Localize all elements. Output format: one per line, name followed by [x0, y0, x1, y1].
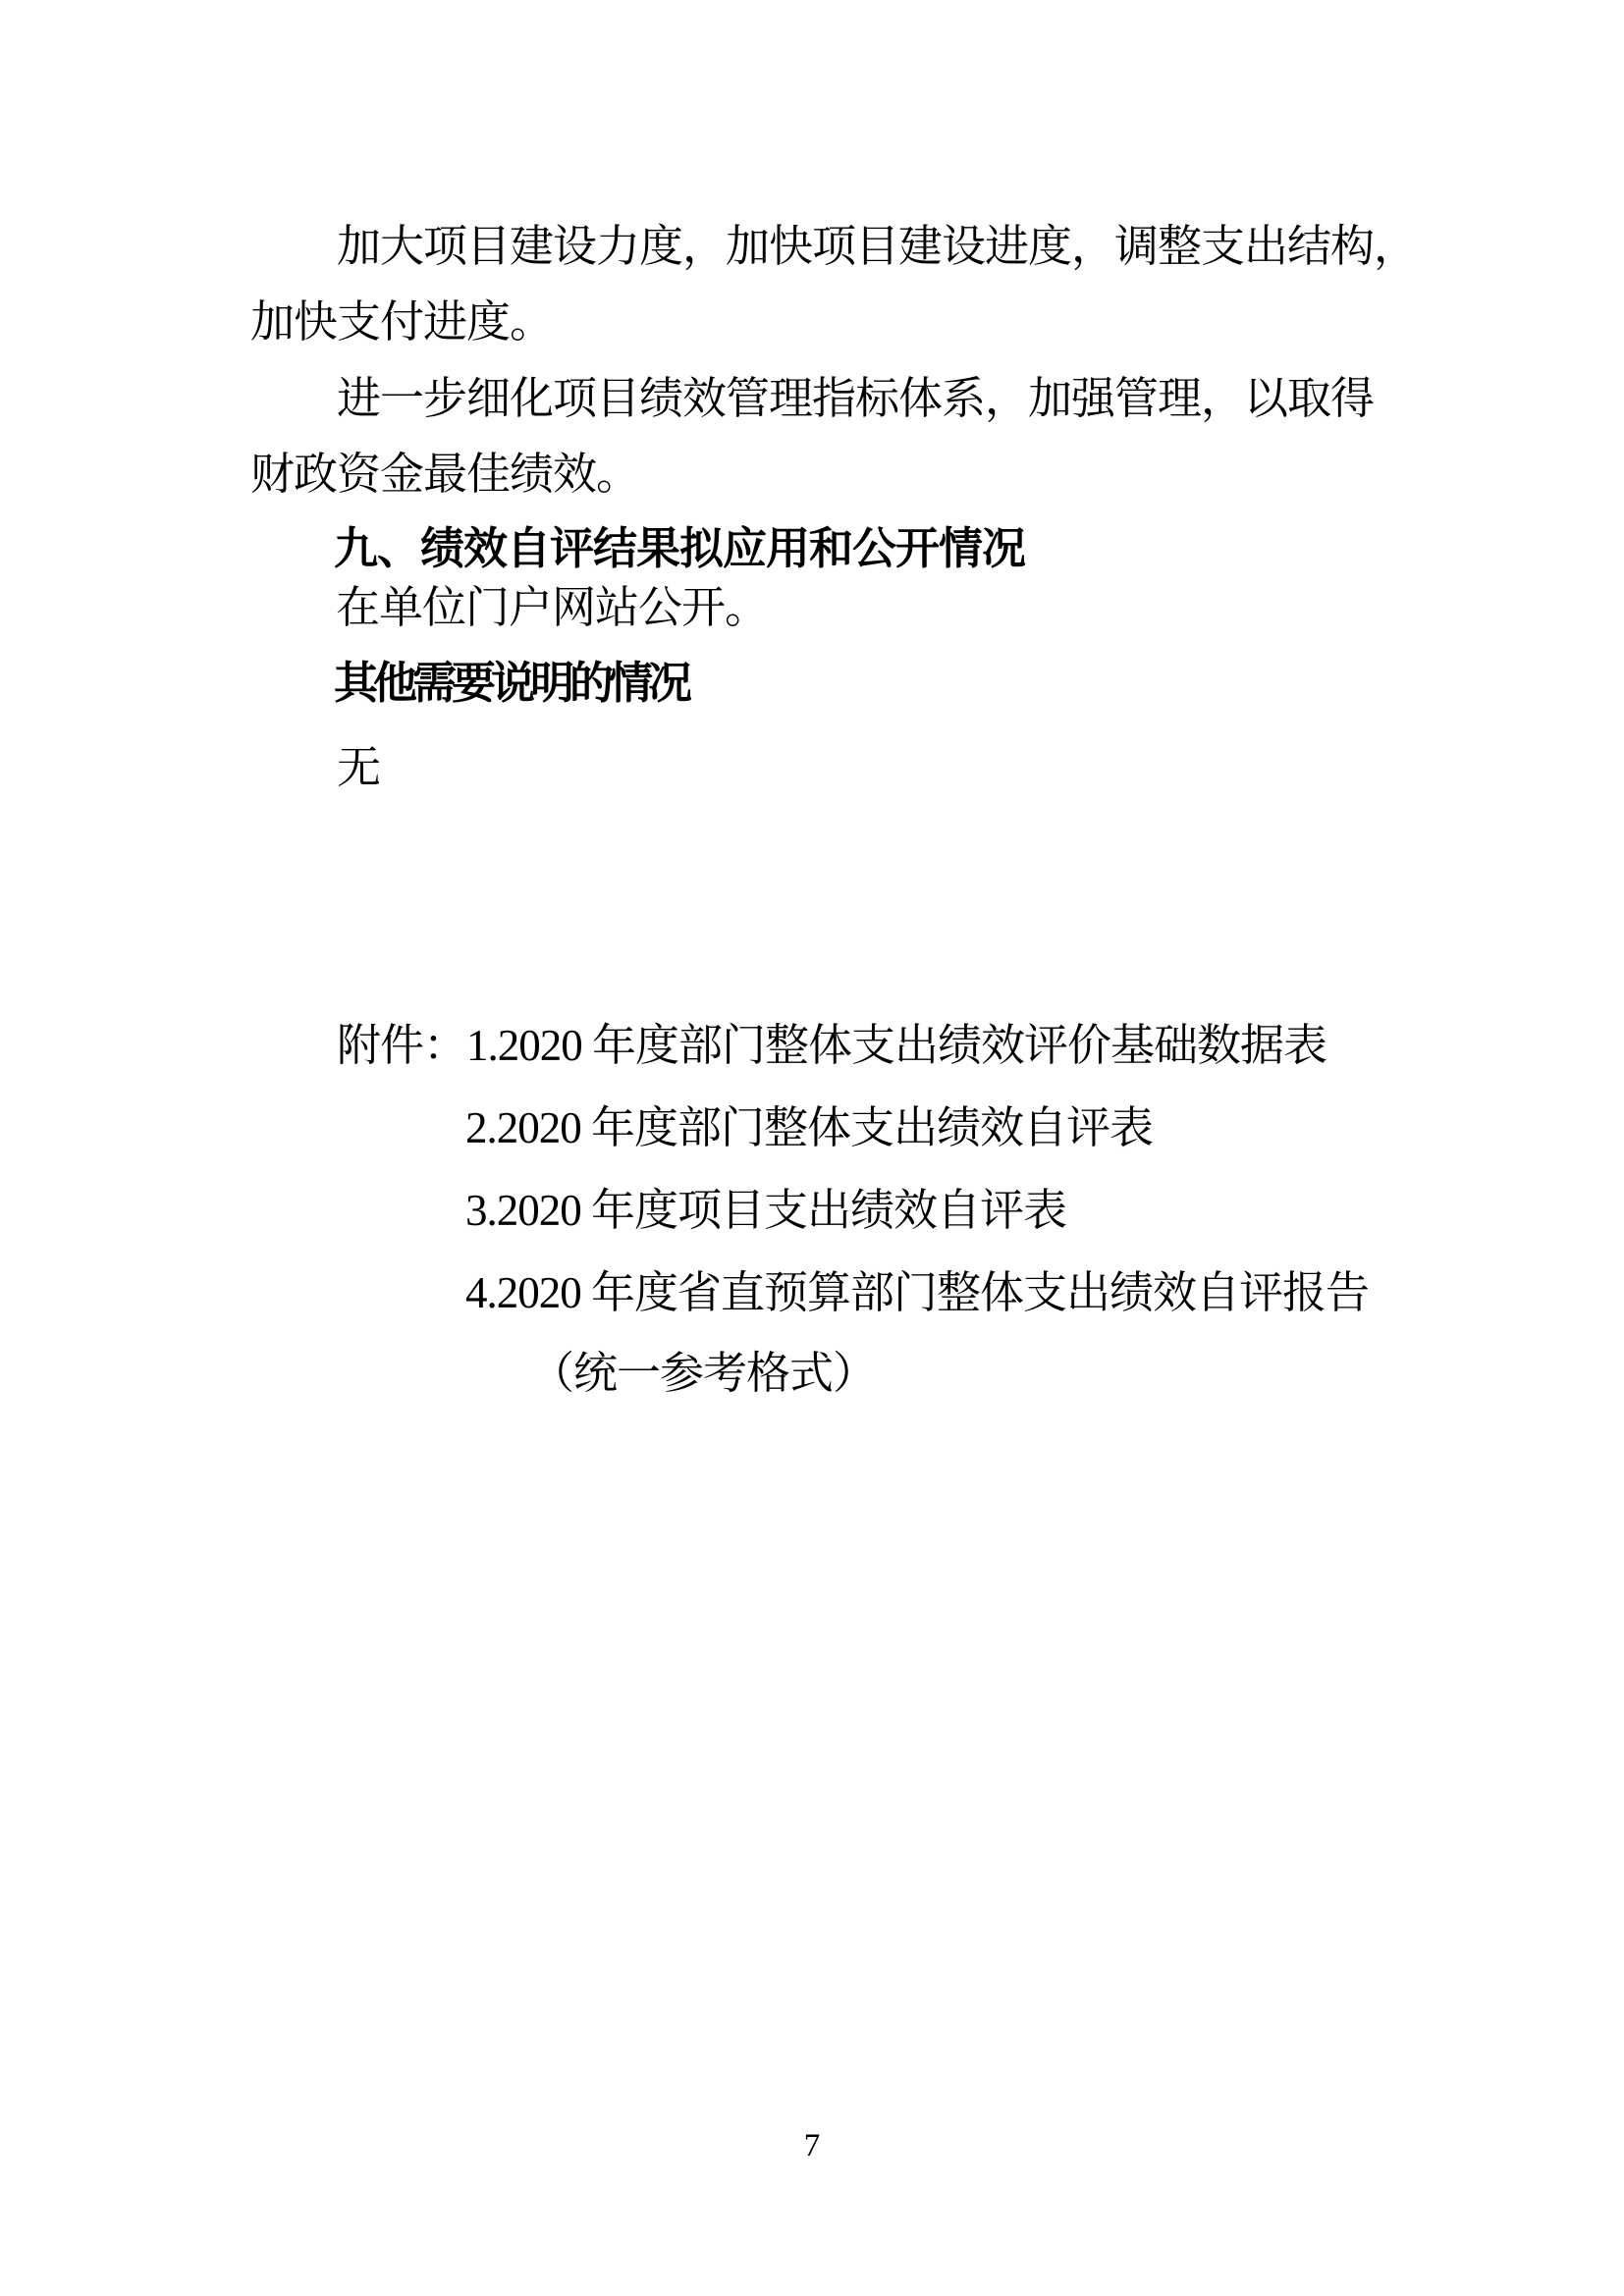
- attachment-format-note: （统一参考格式）: [530, 1349, 876, 1398]
- section-heading-9: 九、绩效自评结果拟应用和公开情况: [334, 524, 1025, 573]
- section-heading-other: 其他需要说明的情况: [334, 659, 687, 708]
- paragraph-line-2: 加快支付进度。: [250, 297, 553, 347]
- paragraph-line-none: 无: [337, 743, 380, 792]
- attachment-list-item-3: 3.2020 年度项目支出绩效自评表: [465, 1186, 1066, 1235]
- attachment-list-item-4: 4.2020 年度省直预算部门整体支出绩效自评报告: [465, 1268, 1369, 1317]
- page-number: 7: [0, 2128, 1624, 2163]
- paragraph-line-3: 进一步细化项目绩效管理指标体系，加强管理，以取得: [337, 374, 1374, 423]
- attachment-list-item-2: 2.2020 年度部门整体支出绩效自评表: [465, 1103, 1153, 1152]
- paragraph-line-5: 在单位门户网站公开。: [336, 583, 768, 632]
- document-page: 加大项目建设力度，加快项目建设进度，调整支出结构， 加快支付进度。 进一步细化项…: [0, 0, 1624, 2296]
- attachment-list-item-1: 附件：1.2020 年度部门整体支出绩效评价基础数据表: [337, 1021, 1326, 1070]
- paragraph-line-4: 财政资金最佳绩效。: [250, 450, 639, 499]
- paragraph-line-1: 加大项目建设力度，加快项目建设进度，调整支出结构，: [337, 222, 1417, 271]
